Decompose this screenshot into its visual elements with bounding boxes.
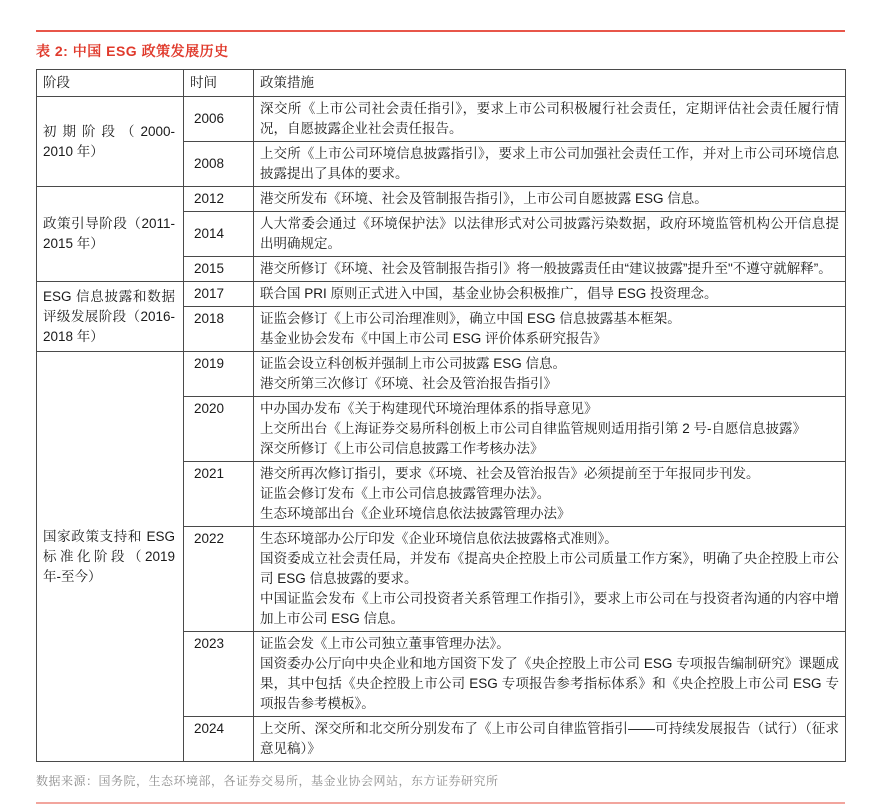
table-row: ESG 信息披露和数据评级发展阶段（2016-2018 年）2017联合国 PR… [37, 282, 846, 307]
policy-cell: 上交所《上市公司环境信息披露指引》，要求上市公司加强社会责任工作，并对上市公司环… [254, 142, 846, 187]
year-cell: 2020 [184, 397, 254, 462]
column-header-policy: 政策措施 [254, 70, 846, 97]
policy-line: 深交所修订《上市公司信息披露工作考核办法》 [260, 439, 839, 459]
policy-cell: 中办国办发布《关于构建现代环境治理体系的指导意见》上交所出台《上海证券交易所科创… [254, 397, 846, 462]
stage-cell: 国家政策支持和 ESG 标准化阶段（2019 年-至今） [37, 352, 184, 762]
policy-cell: 证监会修订《上市公司治理准则》，确立中国 ESG 信息披露基本框架。基金业协会发… [254, 307, 846, 352]
policy-line: 上交所、深交所和北交所分别发布了《上市公司自律监管指引——可持续发展报告（试行）… [260, 719, 839, 759]
year-cell: 2018 [184, 307, 254, 352]
year-cell: 2014 [184, 212, 254, 257]
policy-line: 港交所发布《环境、社会及管制报告指引》，上市公司自愿披露 ESG 信息。 [260, 189, 839, 209]
year-cell: 2022 [184, 527, 254, 632]
table-header-row: 阶段时间政策措施 [37, 70, 846, 97]
table-row: 初期阶段（2000-2010 年）2006深交所《上市公司社会责任指引》，要求上… [37, 97, 846, 142]
report-page: 表 2: 中国 ESG 政策发展历史 阶段时间政策措施 初期阶段（2000-20… [36, 0, 845, 804]
year-cell: 2023 [184, 632, 254, 717]
policy-cell: 生态环境部办公厅印发《企业环境信息依法披露格式准则》。国资委成立社会责任局，并发… [254, 527, 846, 632]
policy-cell: 证监会发《上市公司独立董事管理办法》。国资委办公厅向中央企业和地方国资下发了《央… [254, 632, 846, 717]
stage-label: 初期阶段（2000-2010 年） [43, 122, 175, 162]
policy-line: 上交所《上市公司环境信息披露指引》，要求上市公司加强社会责任工作，并对上市公司环… [260, 144, 839, 184]
bottom-accent-rule [36, 802, 845, 804]
data-source-note: 数据来源：国务院，生态环境部，各证券交易所，基金业协会网站，东方证券研究所 [36, 772, 845, 789]
year-cell: 2006 [184, 97, 254, 142]
year-cell: 2015 [184, 257, 254, 282]
policy-line: 证监会修订《上市公司治理准则》，确立中国 ESG 信息披露基本框架。 [260, 309, 839, 329]
policy-line: 国资委成立社会责任局，并发布《提高央企控股上市公司质量工作方案》，明确了央企控股… [260, 549, 839, 589]
policy-line: 深交所《上市公司社会责任指引》，要求上市公司积极履行社会责任，定期评估社会责任履… [260, 99, 839, 139]
policy-line: 生态环境部办公厅印发《企业环境信息依法披露格式准则》。 [260, 529, 839, 549]
year-cell: 2019 [184, 352, 254, 397]
policy-cell: 证监会设立科创板并强制上市公司披露 ESG 信息。港交所第三次修订《环境、社会及… [254, 352, 846, 397]
policy-line: 证监会发《上市公司独立董事管理办法》。 [260, 634, 839, 654]
policy-cell: 深交所《上市公司社会责任指引》，要求上市公司积极履行社会责任，定期评估社会责任履… [254, 97, 846, 142]
top-accent-rule [36, 30, 845, 32]
year-cell: 2024 [184, 717, 254, 762]
column-header-stage: 阶段 [37, 70, 184, 97]
table-row: 政策引导阶段（2011-2015 年）2012港交所发布《环境、社会及管制报告指… [37, 187, 846, 212]
table-row: 国家政策支持和 ESG 标准化阶段（2019 年-至今）2019证监会设立科创板… [37, 352, 846, 397]
policy-line: 上交所出台《上海证券交易所科创板上市公司自律监管规则适用指引第 2 号-自愿信息… [260, 419, 839, 439]
stage-label: 国家政策支持和 ESG 标准化阶段（2019 年-至今） [43, 527, 175, 587]
stage-cell: ESG 信息披露和数据评级发展阶段（2016-2018 年） [37, 282, 184, 352]
policy-line: 人大常委会通过《环境保护法》以法律形式对公司披露污染数据，政府环境监管机构公开信… [260, 214, 839, 254]
year-cell: 2012 [184, 187, 254, 212]
policy-line: 港交所第三次修订《环境、社会及管治报告指引》 [260, 374, 839, 394]
table-title: 表 2: 中国 ESG 政策发展历史 [36, 41, 845, 61]
policy-cell: 上交所、深交所和北交所分别发布了《上市公司自律监管指引——可持续发展报告（试行）… [254, 717, 846, 762]
policy-line: 中国证监会发布《上市公司投资者关系管理工作指引》，要求上市公司在与投资者沟通的内… [260, 589, 839, 629]
stage-cell: 政策引导阶段（2011-2015 年） [37, 187, 184, 282]
policy-line: 联合国 PRI 原则正式进入中国，基金业协会积极推广，倡导 ESG 投资理念。 [260, 284, 839, 304]
stage-label: 政策引导阶段（2011-2015 年） [43, 214, 175, 254]
policy-line: 中办国办发布《关于构建现代环境治理体系的指导意见》 [260, 399, 839, 419]
column-header-year: 时间 [184, 70, 254, 97]
policy-line: 基金业协会发布《中国上市公司 ESG 评价体系研究报告》 [260, 329, 839, 349]
stage-label: ESG 信息披露和数据评级发展阶段（2016-2018 年） [43, 287, 175, 347]
policy-line: 国资委办公厅向中央企业和地方国资下发了《央企控股上市公司 ESG 专项报告编制研… [260, 654, 839, 714]
year-cell: 2021 [184, 462, 254, 527]
stage-cell: 初期阶段（2000-2010 年） [37, 97, 184, 187]
year-cell: 2017 [184, 282, 254, 307]
policy-cell: 港交所再次修订指引，要求《环境、社会及管治报告》必须提前至于年报同步刊发。证监会… [254, 462, 846, 527]
year-cell: 2008 [184, 142, 254, 187]
policy-line: 港交所修订《环境、社会及管制报告指引》将一般披露责任由“建议披露”提升至"不遵守… [260, 259, 839, 279]
policy-line: 港交所再次修订指引，要求《环境、社会及管治报告》必须提前至于年报同步刊发。 [260, 464, 839, 484]
policy-cell: 联合国 PRI 原则正式进入中国，基金业协会积极推广，倡导 ESG 投资理念。 [254, 282, 846, 307]
policy-line: 证监会设立科创板并强制上市公司披露 ESG 信息。 [260, 354, 839, 374]
policy-cell: 港交所发布《环境、社会及管制报告指引》，上市公司自愿披露 ESG 信息。 [254, 187, 846, 212]
policy-line: 证监会修订发布《上市公司信息披露管理办法》。 [260, 484, 839, 504]
esg-policy-table: 阶段时间政策措施 初期阶段（2000-2010 年）2006深交所《上市公司社会… [36, 69, 846, 762]
policy-cell: 港交所修订《环境、社会及管制报告指引》将一般披露责任由“建议披露”提升至"不遵守… [254, 257, 846, 282]
policy-cell: 人大常委会通过《环境保护法》以法律形式对公司披露污染数据，政府环境监管机构公开信… [254, 212, 846, 257]
policy-line: 生态环境部出台《企业环境信息依法披露管理办法》 [260, 504, 839, 524]
